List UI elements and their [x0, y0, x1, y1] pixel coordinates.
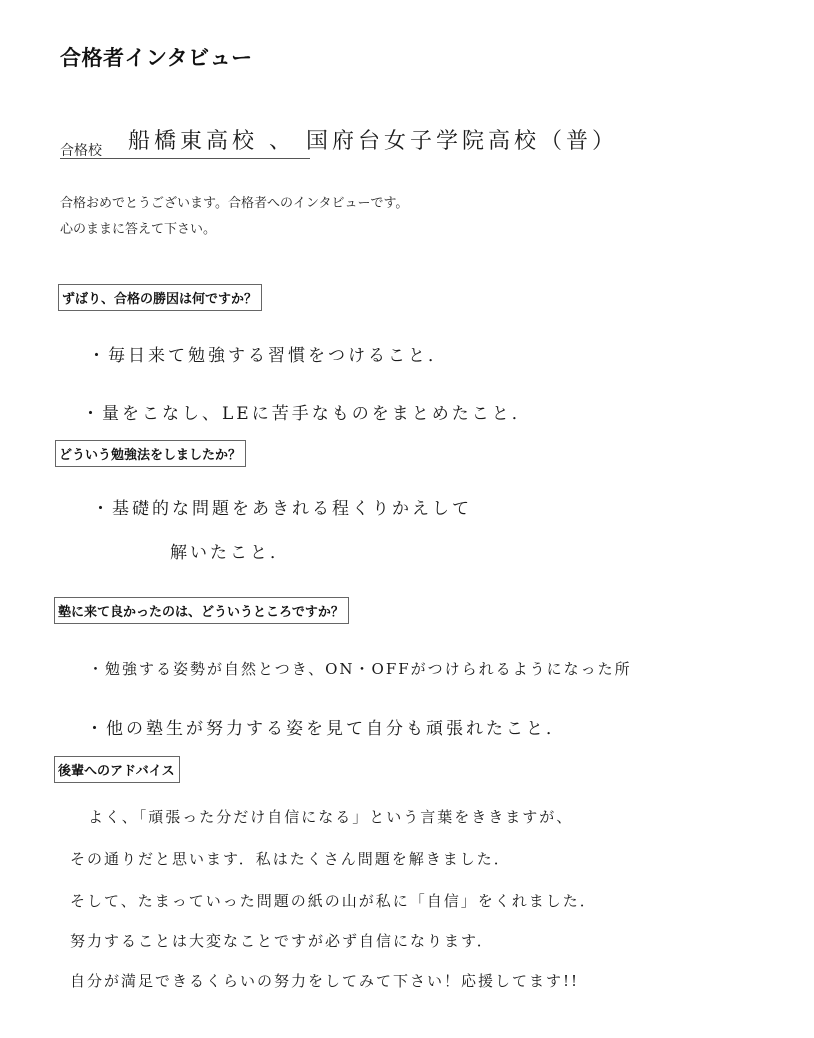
- advice-line: 自分が満足できるくらいの努力をしてみて下さい！応援してます!!: [70, 970, 579, 991]
- answer-line: ・基礎的な問題をあきれる程くりかえして: [92, 494, 472, 519]
- advice-line: 努力することは大変なことですが必ず自信になります．: [70, 930, 494, 951]
- answer-line: ・他の塾生が努力する姿を見て自分も頑張れたこと．: [86, 714, 566, 739]
- question-box-study-method: どういう勉強法をしましたか？: [55, 440, 246, 467]
- answer-line: ・毎日来て勉強する習慣をつけること．: [88, 341, 448, 366]
- intro-line-1: 合格おめでとうございます。合格者へのインタビューです。: [60, 192, 408, 211]
- question-box-victory-factor: ずばり、合格の勝因は何ですか？: [58, 284, 262, 311]
- answer-line: ・量をこなし、LEに苦手なものをまとめたこと．: [82, 399, 532, 424]
- page-title: 合格者インタビュー: [60, 42, 253, 72]
- school-label: 合格校: [60, 140, 102, 160]
- advice-line: その通りだと思います．私はたくさん問題を解きました．: [70, 848, 511, 869]
- intro-line-2: 心のままに答えて下さい。: [60, 218, 216, 237]
- answer-line: 解いたこと．: [170, 538, 290, 563]
- school-underline: [60, 158, 310, 159]
- advice-line: よく、「頑張った分だけ自信になる」という言葉をききますが、: [88, 806, 573, 827]
- question-box-advice: 後輩へのアドバイス: [54, 756, 180, 783]
- advice-line: そして、たまっていった問題の紙の山が私に「自信」をくれました．: [70, 890, 597, 911]
- answer-line: ・勉強する姿勢が自然とつき、ON・OFFがつけられるようになった所: [88, 658, 632, 679]
- school-value: 船橋東高校 、 国府台女子学院高校（普）: [128, 124, 618, 155]
- question-box-cram-school-benefits: 塾に来て良かったのは、どういうところですか？: [54, 597, 349, 624]
